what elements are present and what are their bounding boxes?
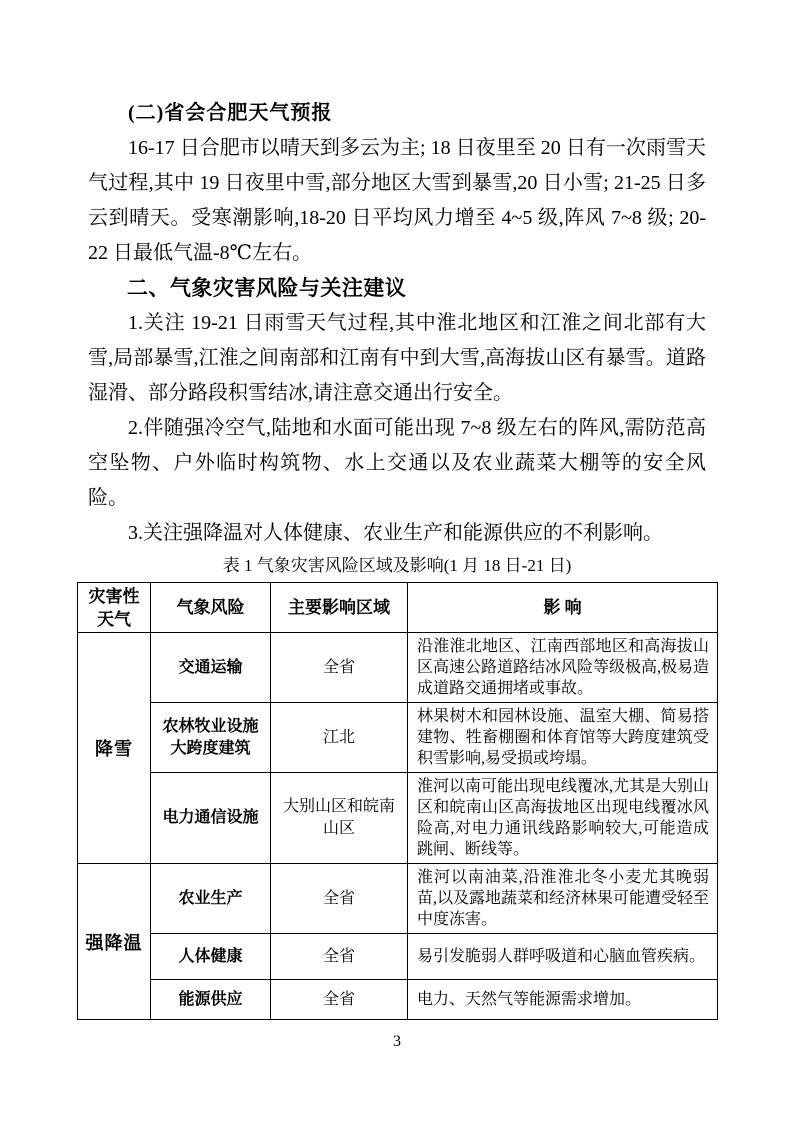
document-page: (二)省会合肥天气预报 16-17 日合肥市以晴天到多云为主; 18 日夜里至 … <box>0 0 794 1122</box>
header-disaster-weather: 灾害性 天气 <box>78 583 151 633</box>
risk-agriculture: 农业生产 <box>151 864 271 934</box>
advice-item-3: 3.关注强降温对人体健康、农业生产和能源供应的不利影响。 <box>88 516 706 551</box>
impact-power-telecom: 淮河以南可能出现电线覆冰,尤其是大别山区和皖南山区高海拔地区出现电线覆冰风险高,… <box>408 773 718 864</box>
table-row: 电力通信设施 大别山区和皖南山区 淮河以南可能出现电线覆冰,尤其是大别山区和皖南… <box>78 773 718 864</box>
header-affected-region: 主要影响区域 <box>271 583 408 633</box>
impact-energy-supply: 电力、天然气等能源需求增加。 <box>408 980 718 1020</box>
table-row: 降雪 交通运输 全省 沿淮淮北地区、江南西部地区和高海拔山区高速公路道路结冰风险… <box>78 633 718 703</box>
table-row: 能源供应 全省 电力、天然气等能源需求增加。 <box>78 980 718 1020</box>
table-caption: 表 1 气象灾害风险区域及影响(1 月 18 日-21 日) <box>77 554 717 578</box>
advice-item-1: 1.关注 19-21 日雨雪天气过程,其中淮北地区和江淮之间北部有大雪,局部暴雪… <box>88 306 706 411</box>
region-energy-supply: 全省 <box>271 980 408 1020</box>
risk-table: 灾害性 天气 气象风险 主要影响区域 影 响 降雪 交通运输 全省 沿淮淮北地区… <box>77 582 718 1020</box>
region-human-health: 全省 <box>271 934 408 980</box>
region-agri-facilities: 江北 <box>271 703 408 773</box>
risk-energy-supply: 能源供应 <box>151 980 271 1020</box>
risk-power-telecom: 电力通信设施 <box>151 773 271 864</box>
section1-heading: (二)省会合肥天气预报 <box>88 96 706 131</box>
risk-transport: 交通运输 <box>151 633 271 703</box>
region-power-telecom: 大别山区和皖南山区 <box>271 773 408 864</box>
region-transport: 全省 <box>271 633 408 703</box>
advice-item-2: 2.伴随强冷空气,陆地和水面可能出现 7~8 级左右的阵风,需防范高空坠物、户外… <box>88 411 706 516</box>
region-agriculture: 全省 <box>271 864 408 934</box>
section2-heading: 二、气象灾害风险与关注建议 <box>88 271 706 306</box>
impact-human-health: 易引发脆弱人群呼吸道和心脑血管疾病。 <box>408 934 718 980</box>
table-row: 农林牧业设施 大跨度建筑 江北 林果树木和园林设施、温室大棚、简易搭建物、牲畜棚… <box>78 703 718 773</box>
weather-group-snow: 降雪 <box>78 633 151 864</box>
header-impact: 影 响 <box>408 583 718 633</box>
table-row: 强降温 农业生产 全省 淮河以南油菜,沿淮淮北冬小麦尤其晚弱苗,以及露地蔬菜和经… <box>78 864 718 934</box>
risk-agri-facilities: 农林牧业设施 大跨度建筑 <box>151 703 271 773</box>
impact-agri-facilities: 林果树木和园林设施、温室大棚、简易搭建物、牲畜棚圈和体育馆等大跨度建筑受积雪影响… <box>408 703 718 773</box>
impact-transport: 沿淮淮北地区、江南西部地区和高海拔山区高速公路道路结冰风险等级极高,极易造成道路… <box>408 633 718 703</box>
forecast-paragraph: 16-17 日合肥市以晴天到多云为主; 18 日夜里至 20 日有一次雨雪天气过… <box>88 131 706 271</box>
table-row: 人体健康 全省 易引发脆弱人群呼吸道和心脑血管疾病。 <box>78 934 718 980</box>
impact-agriculture: 淮河以南油菜,沿淮淮北冬小麦尤其晚弱苗,以及露地蔬菜和经济林果可能遭受轻至中度冻… <box>408 864 718 934</box>
table-header-row: 灾害性 天气 气象风险 主要影响区域 影 响 <box>78 583 718 633</box>
header-weather-risk: 气象风险 <box>151 583 271 633</box>
page-number: 3 <box>77 1033 717 1051</box>
weather-group-cooling: 强降温 <box>78 864 151 1020</box>
risk-human-health: 人体健康 <box>151 934 271 980</box>
